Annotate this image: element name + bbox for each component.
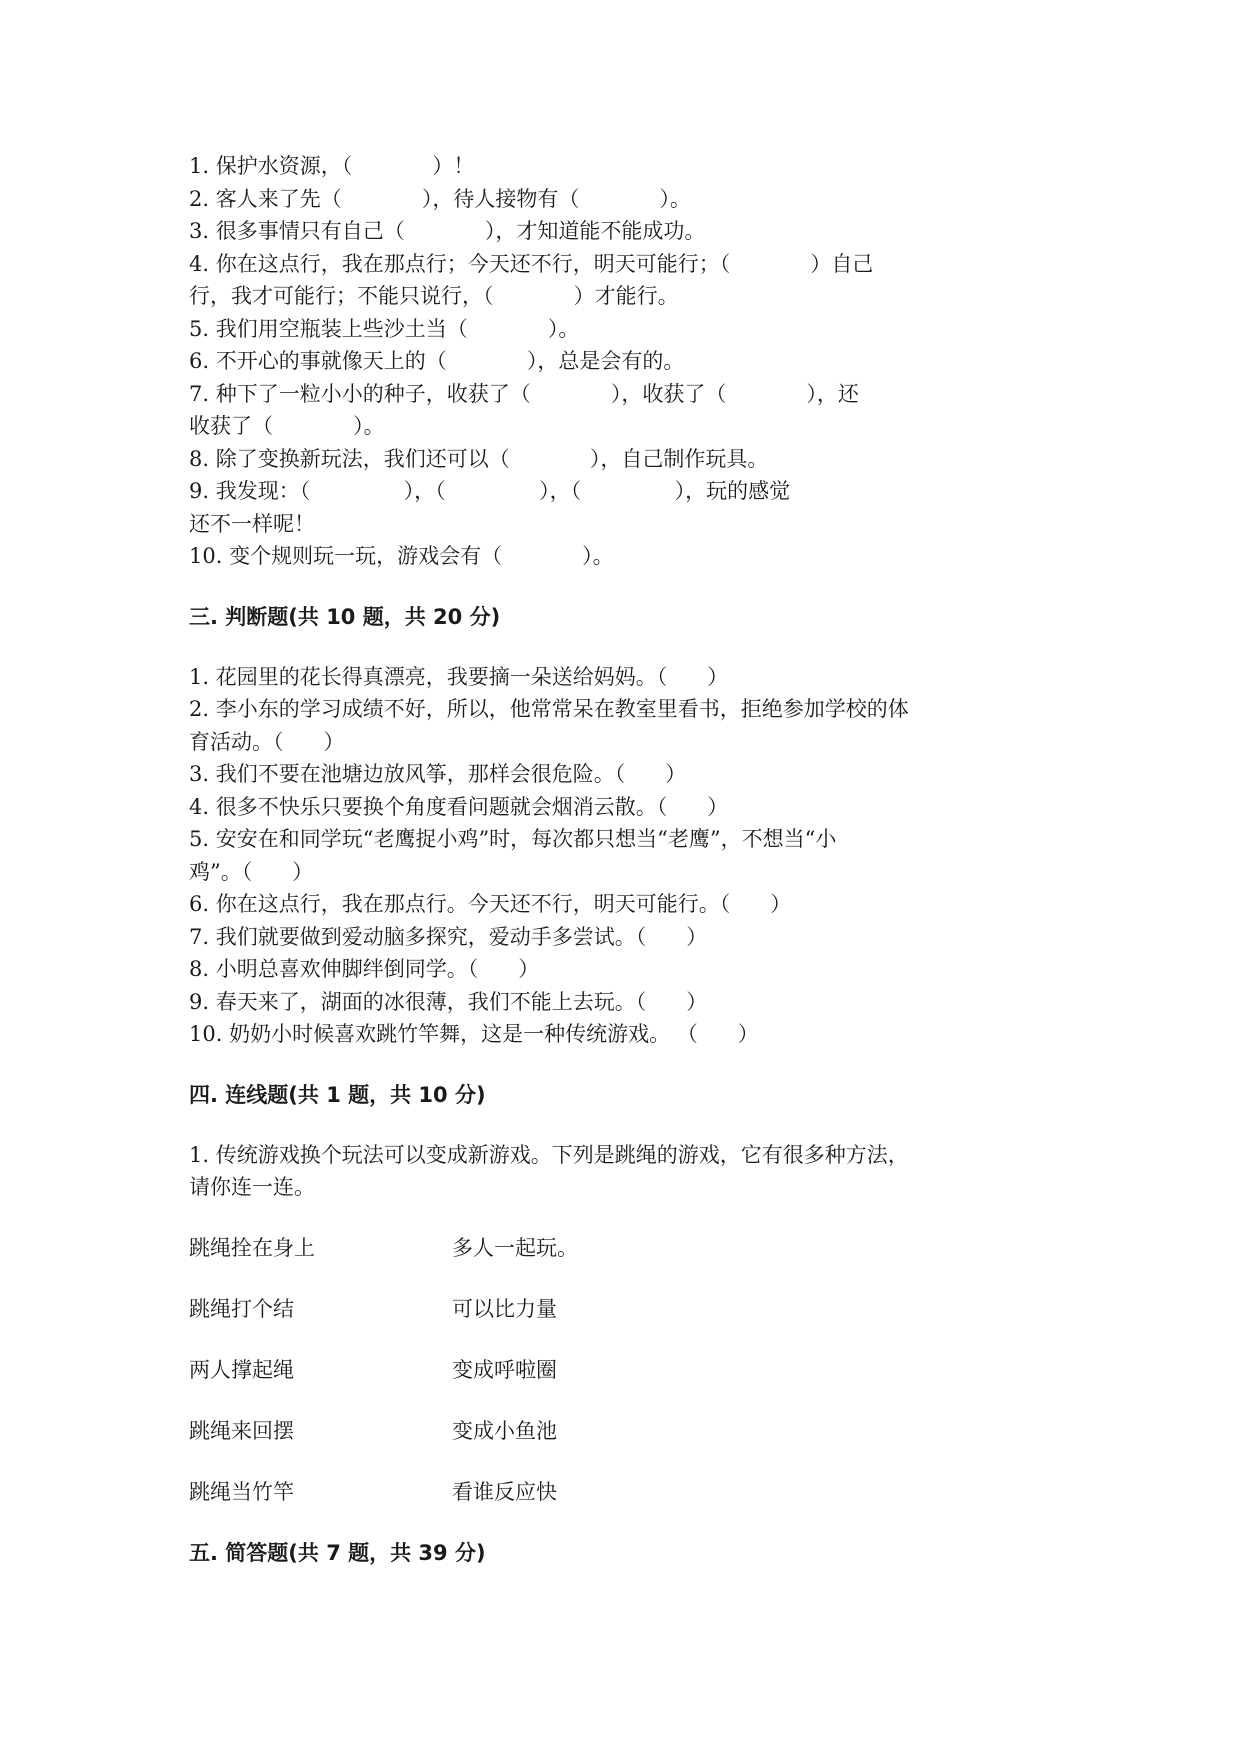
question-line: 5. 安安在和同学玩“老鹰捉小鸡”时，每次都只想当“老鹰”，不想当“小: [189, 823, 1069, 856]
matching-row: 跳绳打个结 可以比力量: [189, 1293, 1069, 1354]
match-right-item[interactable]: 变成小鱼池: [452, 1415, 557, 1447]
question-line: 育活动。（ ）: [189, 726, 1069, 759]
matching-row: 两人撑起绳 变成呼啦圈: [189, 1354, 1069, 1415]
match-left-item[interactable]: 跳绳打个结: [189, 1293, 294, 1325]
section-title-short-answer: 五. 简答题(共 7 题，共 39 分): [189, 1537, 1069, 1569]
question-line: 8. 小明总喜欢伸脚绊倒同学。（ ）: [189, 953, 1069, 986]
question-line: 5. 我们用空瓶装上些沙土当（ ）。: [189, 313, 1069, 346]
question-line: 行，我才可能行；不能只说行，（ ）才能行。: [189, 280, 1069, 313]
question-line: 9. 春天来了，湖面的冰很薄，我们不能上去玩。（ ）: [189, 986, 1069, 1019]
match-left-item[interactable]: 两人撑起绳: [189, 1354, 294, 1386]
question-line: 6. 你在这点行，我在那点行。今天还不行，明天可能行。（ ）: [189, 888, 1069, 921]
question-line: 2. 客人来了先（ ），待人接物有（ ）。: [189, 183, 1069, 216]
matching-prompt: 请你连一连。: [189, 1171, 1069, 1204]
question-line: 7. 种下了一粒小小的种子，收获了（ ），收获了（ ），还: [189, 378, 1069, 411]
question-line: 鸡”。（ ）: [189, 856, 1069, 889]
question-line: 收获了（ ）。: [189, 410, 1069, 443]
section-title-judgement: 三. 判断题(共 10 题，共 20 分): [189, 601, 1069, 633]
matching-row: 跳绳来回摆 变成小鱼池: [189, 1415, 1069, 1476]
question-line: 1. 保护水资源，（ ）！: [189, 150, 1069, 183]
match-right-item[interactable]: 看谁反应快: [452, 1476, 557, 1508]
match-right-item[interactable]: 变成呼啦圈: [452, 1354, 557, 1386]
question-line: 2. 李小东的学习成绩不好，所以，他常常呆在教室里看书，拒绝参加学校的体: [189, 693, 1069, 726]
match-right-item[interactable]: 可以比力量: [452, 1293, 557, 1325]
question-line: 10. 奶奶小时候喜欢跳竹竿舞，这是一种传统游戏。 （ ）: [189, 1018, 1069, 1051]
question-line: 4. 很多不快乐只要换个角度看问题就会烟消云散。（ ）: [189, 791, 1069, 824]
worksheet-page: 1. 保护水资源，（ ）！ 2. 客人来了先（ ），待人接物有（ ）。 3. 很…: [189, 150, 1069, 1569]
question-line: 4. 你在这点行，我在那点行；今天还不行，明天可能行；（ ）自己: [189, 248, 1069, 281]
fill-blank-section: 1. 保护水资源，（ ）！ 2. 客人来了先（ ），待人接物有（ ）。 3. 很…: [189, 150, 1069, 573]
question-line: 1. 花园里的花长得真漂亮，我要摘一朵送给妈妈。（ ）: [189, 661, 1069, 694]
question-line: 7. 我们就要做到爱动脑多探究，爱动手多尝试。（ ）: [189, 921, 1069, 954]
matching-row: 跳绳拴在身上 多人一起玩。: [189, 1232, 1069, 1293]
match-left-item[interactable]: 跳绳来回摆: [189, 1415, 294, 1447]
matching-row: 跳绳当竹竿 看谁反应快: [189, 1476, 1069, 1537]
match-right-item[interactable]: 多人一起玩。: [452, 1232, 578, 1264]
section-title-matching: 四. 连线题(共 1 题，共 10 分): [189, 1079, 1069, 1111]
question-line: 8. 除了变换新玩法，我们还可以（ ），自己制作玩具。: [189, 443, 1069, 476]
match-left-item[interactable]: 跳绳拴在身上: [189, 1232, 315, 1264]
matching-prompt: 1. 传统游戏换个玩法可以变成新游戏。下列是跳绳的游戏，它有很多种方法，: [189, 1139, 1069, 1172]
question-line: 3. 我们不要在池塘边放风筝，那样会很危险。（ ）: [189, 758, 1069, 791]
match-left-item[interactable]: 跳绳当竹竿: [189, 1476, 294, 1508]
question-line: 还不一样呢！: [189, 508, 1069, 541]
question-line: 9. 我发现：（ ），（ ），（ ），玩的感觉: [189, 475, 1069, 508]
question-line: 6. 不开心的事就像天上的（ ），总是会有的。: [189, 345, 1069, 378]
judgement-section: 1. 花园里的花长得真漂亮，我要摘一朵送给妈妈。（ ） 2. 李小东的学习成绩不…: [189, 661, 1069, 1051]
question-line: 10. 变个规则玩一玩，游戏会有（ ）。: [189, 540, 1069, 573]
question-line: 3. 很多事情只有自己（ ），才知道能不能成功。: [189, 215, 1069, 248]
matching-section: 1. 传统游戏换个玩法可以变成新游戏。下列是跳绳的游戏，它有很多种方法， 请你连…: [189, 1139, 1069, 1537]
